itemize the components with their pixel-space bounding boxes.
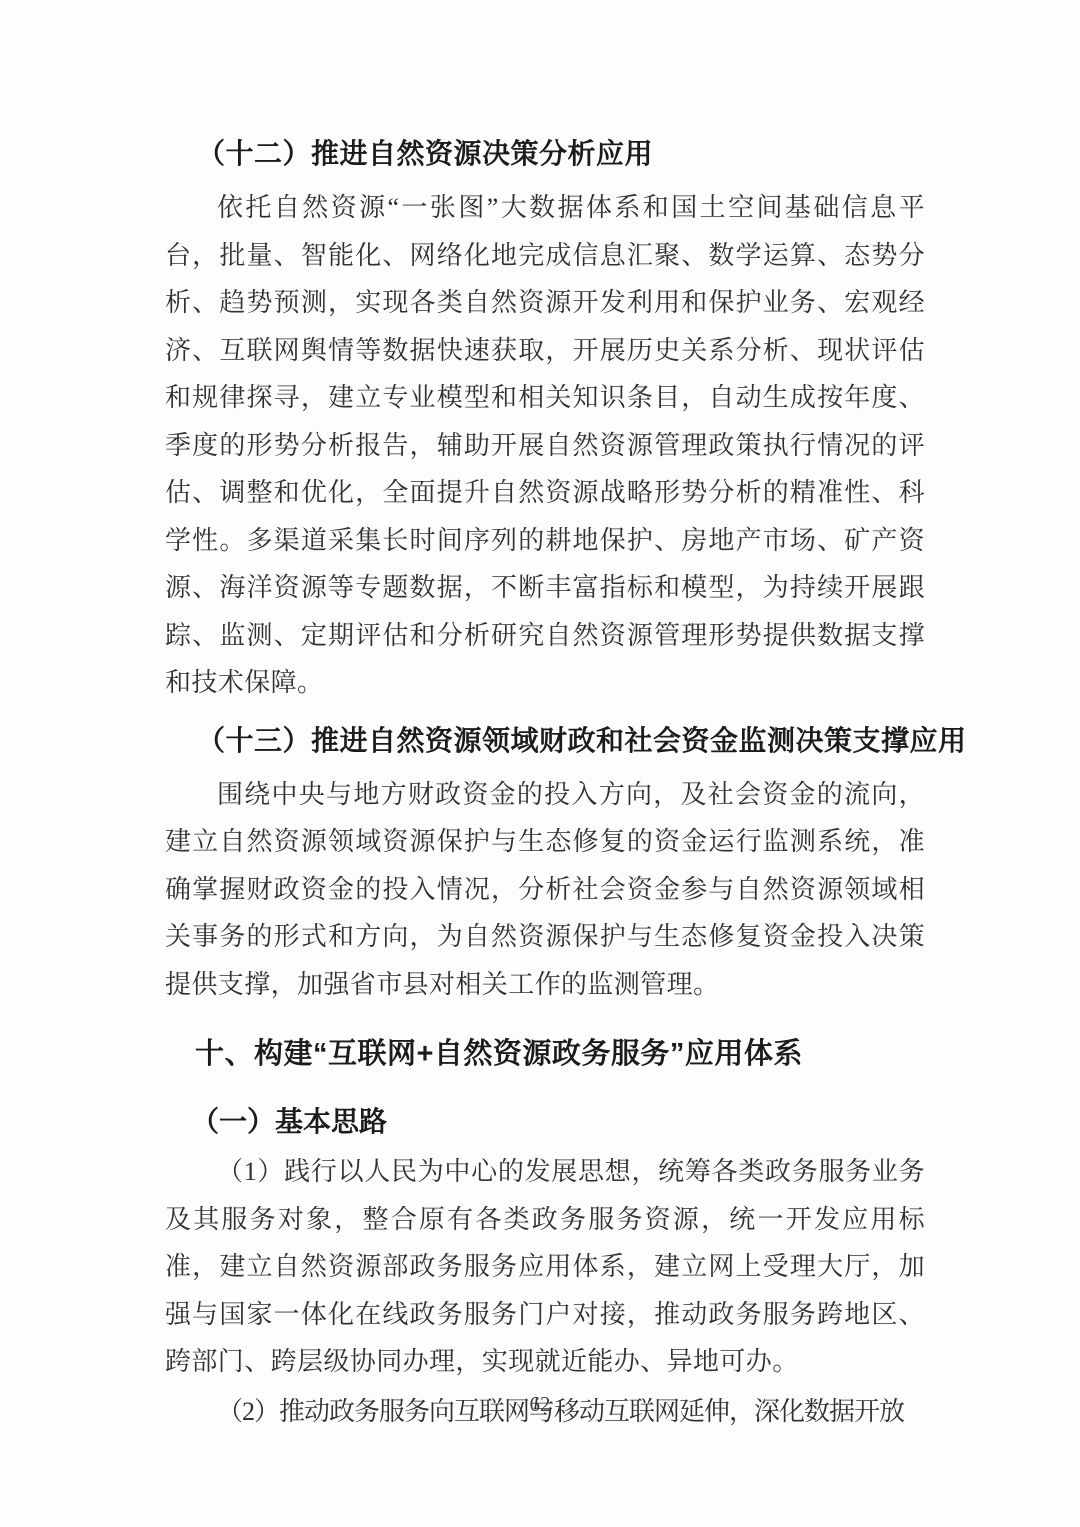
document-page: （十二）推进自然资源决策分析应用 依托自然资源“一张图”大数据体系和国土空间基础… — [0, 0, 1080, 1527]
section-heading-13: （十三）推进自然资源领域财政和社会资金监测决策支撑应用 — [165, 717, 925, 765]
section-12-paragraph: 依托自然资源“一张图”大数据体系和国土空间基础信息平台，批量、智能化、网络化地完… — [165, 184, 925, 707]
numbered-paragraph-1: （1）践行以人民为中心的发展思想，统筹各类政务服务业务及其服务对象，整合原有各类… — [165, 1148, 925, 1386]
chapter-heading-10: 十、构建“互联网+自然资源政务服务”应用体系 — [165, 1030, 925, 1078]
subsection-heading-1: （一）基本思路 — [165, 1098, 925, 1146]
section-heading-12: （十二）推进自然资源决策分析应用 — [165, 130, 925, 178]
document-content: （十二）推进自然资源决策分析应用 依托自然资源“一张图”大数据体系和国土空间基础… — [165, 130, 925, 1435]
section-13-paragraph: 围绕中央与地方财政资金的投入方向，及社会资金的流向，建立自然资源领域资源保护与生… — [165, 771, 925, 1009]
page-number: 62 — [0, 1392, 1080, 1417]
